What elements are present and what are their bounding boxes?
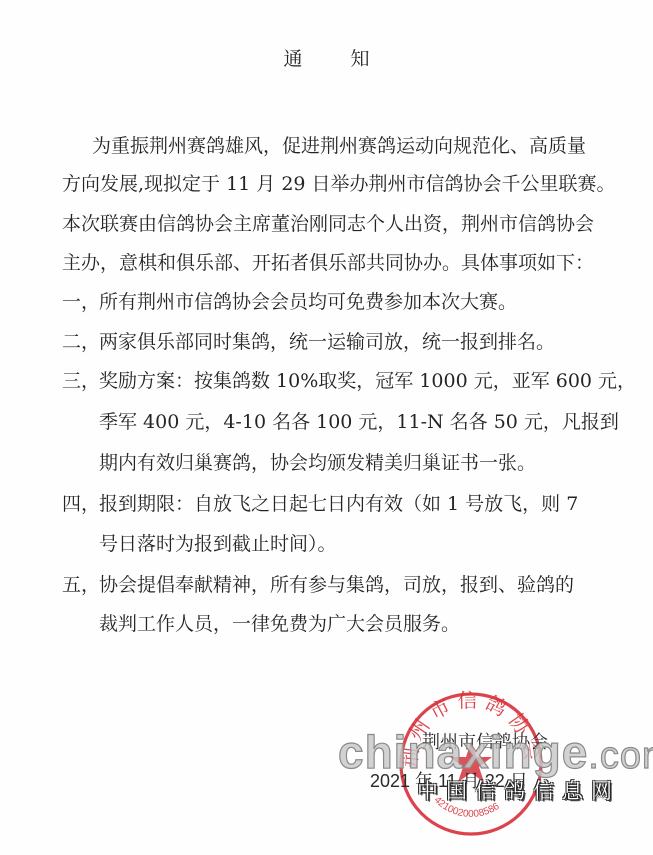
title-char-2: 知 — [351, 44, 370, 71]
watermark-domain-suffix: .com — [588, 735, 653, 777]
item-2-marker: 二， — [62, 331, 100, 353]
watermark-domain-main: chinaxinge — [338, 726, 588, 778]
item-1-line-1: 所有荆州市信鸽协会会员均可免费参加本次大赛。 — [99, 291, 517, 313]
item-3-marker: 三， — [62, 370, 100, 392]
watermark-site-name: 中国信鸽信息网 — [417, 775, 620, 805]
document-title: 通知 — [0, 44, 653, 71]
watermark-domain: chinaxinge.com — [338, 725, 653, 779]
item-5-line-1: 协会提倡奉献精神，所有参与集鸽，司放，报到、验鸽的 — [99, 574, 574, 596]
intro-line-4: 主办，意棋和俱乐部、开拓者俱乐部共同协办。具体事项如下： — [62, 252, 594, 274]
item-3-line-2: 季军 400 元，4-10 名各 100 元，11-N 名各 50 元，凡报到 — [99, 411, 619, 433]
intro-line-3: 本次联赛由信鸽协会主席董治刚同志个人出资，荆州市信鸽协会 — [62, 213, 594, 235]
item-3-line-3: 期内有效归巢赛鸽，协会均颁发精美归巢证书一张。 — [99, 452, 536, 474]
item-2-line-1: 两家俱乐部同时集鸽，统一运输司放，统一报到排名。 — [99, 331, 555, 353]
item-1-marker: 一， — [62, 291, 100, 313]
title-char-1: 通 — [283, 44, 302, 71]
item-5-marker: 五， — [62, 574, 100, 596]
item-4-line-1: 报到期限：自放飞之日起七日内有效（如 1 号放飞，则 7 — [99, 493, 578, 515]
item-4-line-2: 号日落时为报到截止时间）。 — [99, 533, 337, 555]
intro-line-1: 为重振荆州赛鸽雄风，促进荆州赛鸽运动向规范化、高质量 — [92, 135, 586, 157]
item-4-marker: 四， — [62, 493, 100, 515]
item-5-line-2: 裁判工作人员，一律免费为广大会员服务。 — [99, 613, 460, 635]
item-3-line-1: 奖励方案：按集鸽数 10%取奖，冠军 1000 元，亚军 600 元， — [99, 370, 636, 392]
intro-line-2: 方向发展,现拟定于 11 月 29 日举办荆州市信鸽协会千公里联赛。 — [62, 173, 616, 195]
document-page: 通知 为重振荆州赛鸽雄风，促进荆州赛鸽运动向规范化、高质量 方向发展,现拟定于 … — [0, 0, 653, 855]
